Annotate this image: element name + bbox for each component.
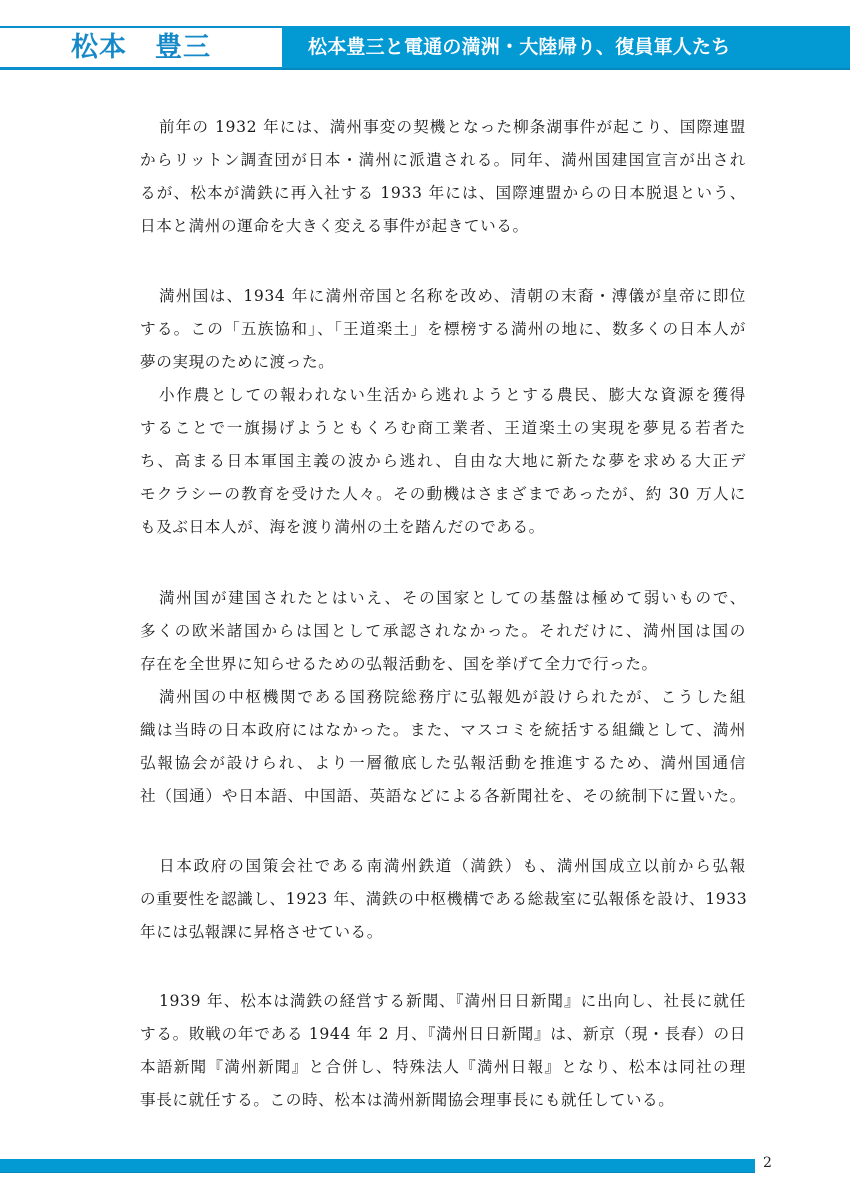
text-line: モクラシーの教育を受けた人々。その動機はさまざまであったが、約 30 万人に <box>140 482 746 506</box>
text-line: の重要性を認識し、1923 年、満鉄の中枢機構である総裁室に弘報係を設け、193… <box>140 887 746 911</box>
text-line: からリットン調査団が日本・満州に派遣される。同年、満州国建国宣言が出され <box>140 148 746 172</box>
text-line: 存在を全世界に知らせるための弘報活動を、国を挙げて全力で行った。 <box>140 652 746 676</box>
text-line: 事長に就任する。この時、松本は満州新聞協会理事長にも就任している。 <box>140 1088 746 1112</box>
text-line: 弘報協会が設けられ、より一層徹底した弘報活動を推進するため、満州国通信 <box>140 751 746 775</box>
text-line: 満州国は、1934 年に満州帝国と名称を改め、清朝の末裔・溥儀が皇帝に即位 <box>159 284 746 308</box>
text-line: 前年の 1932 年には、満州事変の契機となった柳条湖事件が起こり、国際連盟 <box>159 115 746 139</box>
text-line: 織は当時の日本政府にはなかった。また、マスコミを統括する組織として、満州 <box>140 718 746 742</box>
text-line: 満州国の中枢機関である国務院総務庁に弘報処が設けられたが、こうした組 <box>159 685 746 709</box>
section-title-box: 松本豊三と電通の満洲・大陸帰り、復員軍人たち <box>282 26 850 70</box>
text-line: 夢の実現のために渡った。 <box>140 350 746 374</box>
text-line: 日本政府の国策会社である南満州鉄道（満鉄）も、満州国成立以前から弘報 <box>159 854 746 878</box>
text-line: 多くの欧米諸国からは国として承認されなかった。それだけに、満州国は国の <box>140 619 746 643</box>
text-line: することで一旗揚げようともくろむ商工業者、王道楽土の実現を夢見る若者た <box>140 416 746 440</box>
page-header: 松本 豊三 松本豊三と電通の満洲・大陸帰り、復員軍人たち <box>0 26 850 70</box>
author-name: 松本 豊三 <box>0 31 282 65</box>
text-line: 社（国通）や日本語、中国語、英語などによる各新聞社を、その統制下に置いた。 <box>140 784 746 808</box>
text-line: する。敗戦の年である 1944 年 2 月、『満州日日新聞』は、新京（現・長春）… <box>140 1022 746 1046</box>
page-number: 2 <box>763 1155 772 1171</box>
text-line: 本語新聞『満州新聞』と合併し、特殊法人『満州日報』となり、松本は同社の理 <box>140 1055 746 1079</box>
text-line: 小作農としての報われない生活から逃れようとする農民、膨大な資源を獲得 <box>159 383 746 407</box>
text-line: 1939 年、松本は満鉄の経営する新聞、『満州日日新聞』に出向し、社長に就任 <box>159 989 746 1013</box>
text-line: する。この「五族協和」、「王道楽土」を標榜する満州の地に、数多くの日本人が <box>140 317 746 341</box>
text-line: るが、松本が満鉄に再入社する 1933 年には、国際連盟からの日本脱退という、 <box>140 181 746 205</box>
text-line: 満州国が建国されたとはいえ、その国家としての基盤は極めて弱いもので、 <box>159 586 746 610</box>
footer-bar <box>0 1159 755 1173</box>
section-title: 松本豊三と電通の満洲・大陸帰り、復員軍人たち <box>308 33 730 61</box>
text-line: 日本と満州の運命を大きく変える事件が起きている。 <box>140 214 746 238</box>
text-line: 年には弘報課に昇格させている。 <box>140 920 746 944</box>
author-name-box: 松本 豊三 <box>0 26 282 70</box>
text-line: も及ぶ日本人が、海を渡り満州の土を踏んだのである。 <box>140 515 746 539</box>
text-line: ち、高まる日本軍国主義の波から逃れ、自由な大地に新たな夢を求める大正デ <box>140 449 746 473</box>
